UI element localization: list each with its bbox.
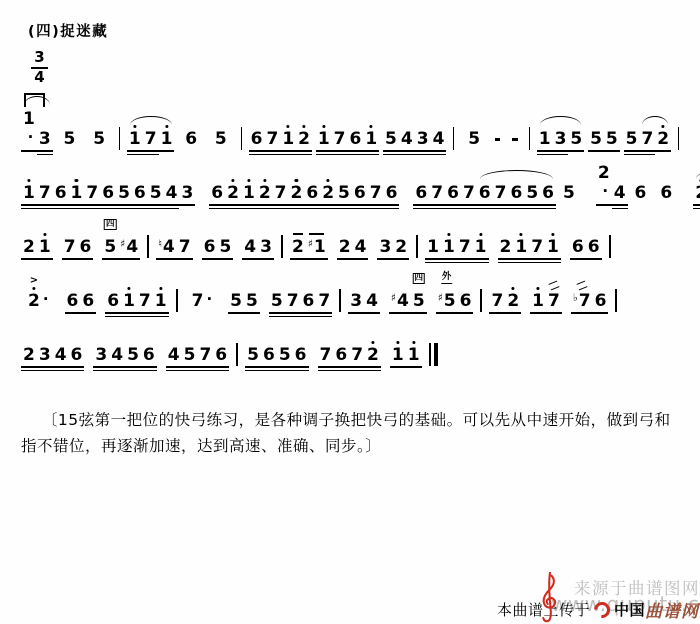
underline-sixteenth (429, 208, 445, 210)
note: 5 (245, 330, 261, 374)
underline-sixteenth (333, 370, 349, 372)
note: 5 (217, 222, 233, 266)
note-digit: 5 (184, 347, 196, 364)
note-digit: 6 (595, 293, 607, 310)
underline-eighth (570, 258, 586, 260)
note: 7 (84, 168, 100, 212)
note-digit: 4 (614, 185, 626, 202)
note-digit: 6 (251, 131, 263, 148)
note: 7 (489, 276, 505, 320)
note-digit: 6 (635, 185, 647, 202)
octave-dot (43, 233, 46, 236)
note: 6 (301, 276, 317, 320)
note: 2 (225, 168, 241, 212)
note: 5 (86, 114, 112, 158)
underline-eighth (105, 312, 121, 314)
note: 2 (393, 222, 409, 266)
underline-sixteenth (100, 208, 116, 210)
underline-eighth (571, 312, 593, 314)
underline-sixteenth (445, 208, 461, 210)
sharp-accidental: ♯ (438, 292, 443, 304)
underline-eighth (349, 366, 365, 368)
note: 6 (653, 168, 679, 212)
note-digit: 2 (395, 239, 407, 256)
note-digit: 4 (244, 239, 256, 256)
note: 7 (429, 168, 445, 212)
note-digit: 1 (23, 111, 35, 128)
note: 2 (365, 330, 381, 374)
underline-eighth (493, 204, 509, 206)
note-digit: ♯4 (391, 293, 409, 310)
underline-sixteenth (148, 208, 164, 210)
note-digit: 1 (475, 239, 487, 256)
underline-eighth (65, 312, 81, 314)
barline (176, 289, 178, 312)
underline-sixteenth (121, 316, 137, 318)
underline-sixteenth (153, 316, 169, 318)
note-digit: 7 (548, 293, 560, 310)
note: 6 (209, 168, 225, 212)
treble-clef-icon (536, 572, 564, 624)
underline-sixteenth (280, 154, 296, 156)
underline-eighth (461, 204, 477, 206)
note: 5 (125, 330, 141, 374)
underline-eighth (100, 204, 116, 206)
underline-eighth (639, 150, 655, 152)
underline-eighth (477, 204, 493, 206)
note-digit: 6 (335, 347, 347, 364)
note: 1 (153, 276, 169, 320)
natural-accidental: ♮ (158, 238, 162, 250)
underline-eighth (37, 366, 53, 368)
underline-sixteenth (301, 316, 317, 318)
note: 1 (441, 222, 457, 266)
underline-sixteenth (249, 154, 265, 156)
underline-eighth (197, 366, 213, 368)
underline-sixteenth (269, 316, 285, 318)
barline (609, 235, 611, 258)
note: 1 (363, 114, 379, 158)
note-digit: 1 (129, 131, 141, 148)
octave-dot (27, 179, 30, 182)
note-digit: 1 (365, 131, 377, 148)
note-digit: 1 (539, 131, 551, 148)
underline-eighth (530, 312, 546, 314)
underline-eighth (546, 312, 562, 314)
underline-eighth (353, 258, 369, 260)
note-digit: 4 (55, 347, 67, 364)
underline-sixteenth (529, 262, 545, 264)
octave-dot (662, 125, 665, 128)
note-digit: 1 (23, 185, 35, 202)
note: 5 (148, 168, 164, 212)
note-digit: 1 (408, 347, 420, 364)
underline-eighth (290, 258, 306, 260)
underline-eighth (489, 312, 505, 314)
underline-sixteenth (457, 262, 473, 264)
note-digit: 5 (215, 131, 227, 148)
note: 2 (21, 222, 37, 266)
note-digit: 7 (86, 185, 98, 202)
barline (119, 127, 120, 150)
note: 7 (62, 222, 78, 266)
underline-sixteenth (69, 208, 85, 210)
note-digit: 6 (134, 185, 146, 202)
underline-sixteenth (425, 262, 441, 264)
augmentation-dot: · (28, 128, 34, 146)
underline-eighth (306, 258, 328, 260)
underline-eighth (37, 258, 53, 260)
note-digit: 6 (460, 293, 472, 310)
underline-eighth (164, 204, 180, 206)
underline-eighth (348, 150, 364, 152)
octave-dot (371, 341, 374, 344)
octave-dot (551, 233, 554, 236)
underline-sixteenth (477, 208, 493, 210)
underline-eighth (393, 258, 409, 260)
note-digit: 5 (93, 131, 105, 148)
octave-dot (263, 179, 266, 182)
octave-dot (447, 233, 450, 236)
underline-eighth (429, 204, 445, 206)
underline-eighth (217, 258, 233, 260)
underline-sixteenth (116, 208, 132, 210)
note-digit: 4 (166, 185, 178, 202)
underline-eighth (304, 204, 320, 206)
note: 2 (498, 222, 514, 266)
note: 1 (37, 222, 53, 266)
underline-eighth (225, 204, 241, 206)
underline-sixteenth (21, 370, 37, 372)
note-digit: 7 (318, 293, 330, 310)
note: 1 (316, 114, 332, 158)
underline-sixteenth (109, 370, 125, 372)
note: 7 (461, 168, 477, 212)
octave-dot (396, 341, 399, 344)
underline-sixteenth (399, 154, 415, 156)
underline-eighth (545, 258, 561, 260)
underline-eighth (383, 150, 399, 152)
note-digit: 6 (82, 293, 94, 310)
octave-dot (327, 179, 330, 182)
underline-sixteenth (320, 208, 336, 210)
note: 7· (185, 275, 220, 320)
underline-eighth (116, 204, 132, 206)
exercise-note: 〔15弦第一把位的快弓练习，是各种调子换把快弓的基础。可以先从中速开始，做到弓和… (21, 407, 674, 460)
underline-sixteenth (225, 208, 241, 210)
footer-credit: 本曲谱上传于 中国 曲谱网 (497, 597, 699, 622)
note-digit: 3 (39, 131, 51, 148)
underline-eighth (524, 204, 540, 206)
underline-sixteenth (37, 154, 53, 156)
underline-sixteenth (363, 154, 379, 156)
note-digit: 1 (243, 185, 255, 202)
underline-eighth (384, 204, 400, 206)
note: 7 (349, 330, 365, 374)
underline-eighth (245, 366, 261, 368)
barline (416, 235, 418, 258)
note: 3 (348, 276, 364, 320)
note-digit: 5四 (413, 293, 425, 310)
underline-sixteenth (241, 208, 257, 210)
note: 2 (320, 168, 336, 212)
underline-eighth (249, 150, 265, 152)
note: 5 (116, 168, 132, 212)
underline-eighth (21, 366, 37, 368)
underline-eighth (37, 150, 53, 152)
underline-eighth (37, 204, 53, 206)
note-digit: ♯4 (120, 239, 138, 256)
underline-eighth (69, 366, 85, 368)
octave-dot (479, 233, 482, 236)
underline-sixteenth (352, 208, 368, 210)
octave-dot (75, 179, 78, 182)
note-digit: 1 (39, 239, 51, 256)
note-digit: ♯1 (308, 239, 326, 256)
note: ♯4 (389, 276, 411, 320)
octave-dot (165, 125, 168, 128)
note: 7 (332, 114, 348, 158)
score-title: (四)捉迷藏 (28, 20, 700, 41)
underline-eighth (612, 204, 628, 206)
note-digit: 7 (641, 131, 653, 148)
note-digit: 3 (350, 293, 362, 310)
note-digit: 1 (282, 131, 294, 148)
underline-sixteenth (264, 154, 280, 156)
note: 3 (258, 222, 274, 266)
underline-sixteenth (553, 154, 569, 156)
note-digit: 6 (215, 347, 227, 364)
underline-sixteenth (441, 262, 457, 264)
underline-eighth (53, 204, 69, 206)
note: 5四 (102, 222, 118, 266)
time-signature-denominator: 4 (31, 70, 48, 86)
note: ♯1 (306, 222, 328, 266)
underline-eighth (241, 204, 257, 206)
octave-dot (520, 233, 523, 236)
note-digit: 7 (431, 185, 443, 202)
note: 7 (37, 168, 53, 212)
underline-eighth (553, 150, 569, 152)
underline-eighth (182, 366, 198, 368)
note: 5 (269, 276, 285, 320)
sharp-accidental: ♯ (120, 238, 125, 250)
underline-sixteenth (368, 208, 384, 210)
underline-eighth (316, 150, 332, 152)
note-digit: 2 (322, 185, 334, 202)
underline-sixteenth (639, 154, 655, 156)
score-lines: 1·35517165671217615434513555572176176565… (21, 112, 686, 374)
octave-dot (370, 125, 373, 128)
underline-sixteenth (125, 370, 141, 372)
underline-eighth (458, 312, 474, 314)
underline-sixteenth (540, 208, 556, 210)
underline-sixteenth (473, 262, 489, 264)
note-digit: 6 (588, 239, 600, 256)
underline-eighth (202, 258, 218, 260)
underline-sixteenth (245, 370, 261, 372)
octave-dot (512, 287, 515, 290)
sheet-music-page: (四)捉迷藏 3 4 1·355171656712176154345135555… (0, 0, 700, 624)
underline-eighth (473, 258, 489, 260)
underline-eighth (273, 204, 289, 206)
note: 6 (628, 168, 654, 212)
underline-sixteenth (413, 208, 429, 210)
note-digit: 6 (102, 185, 114, 202)
note-digit: 6 (350, 131, 362, 148)
note-digit: 4 (401, 131, 413, 148)
underline-sixteenth (143, 154, 159, 156)
underline-eighth (109, 366, 125, 368)
underline-sixteenth (273, 208, 289, 210)
underline-sixteenth (84, 208, 100, 210)
music-line: 21765四♯4♮4765432♯124321171217166 (21, 220, 686, 266)
underline-sixteenth (316, 316, 332, 318)
underline-sixteenth (365, 370, 381, 372)
note: 1 (390, 330, 406, 374)
augmentation-dot: · (206, 290, 212, 308)
note: 7 (546, 276, 562, 320)
note-digit: 5 (563, 185, 575, 202)
note: 4 (612, 168, 628, 212)
note: 6 (105, 276, 121, 320)
note-digit: 3 (39, 347, 51, 364)
note: 1 (21, 168, 37, 212)
note-digit: 2 (291, 185, 303, 202)
note: 5 (182, 330, 198, 374)
barline (241, 127, 242, 150)
underline-eighth (363, 150, 379, 152)
augmentation-dot: · (602, 182, 608, 200)
augmentation-dot: · (43, 290, 49, 308)
note: 5 (383, 114, 399, 158)
note-digit: 6 (542, 185, 554, 202)
final-barline-thin (429, 343, 431, 366)
note: 5 (277, 330, 293, 374)
note: 6 (80, 276, 96, 320)
note-digit: 6 (572, 239, 584, 256)
underline-eighth (624, 150, 640, 152)
underline-eighth (505, 312, 521, 314)
qupu-logo-icon (591, 598, 614, 621)
note: 2 (505, 276, 521, 320)
underline-eighth (277, 366, 293, 368)
note-digit: 1 (155, 293, 167, 310)
note-digit: ♭7 (573, 293, 591, 310)
duration-dash (495, 138, 501, 141)
underline-eighth (568, 150, 584, 152)
underline-eighth (125, 366, 141, 368)
underline-eighth (156, 258, 177, 260)
underline-eighth (318, 366, 334, 368)
note-digit: 7 (459, 239, 471, 256)
overline-mark (293, 233, 303, 235)
note: 1 (425, 222, 441, 266)
underline-eighth (21, 150, 37, 152)
octave-dot (412, 341, 415, 344)
underline-sixteenth (316, 154, 332, 156)
note-digit: 6 (80, 239, 92, 256)
note: 7 (197, 330, 213, 374)
note-digit: 7 (491, 293, 503, 310)
octave-dot (133, 125, 136, 128)
note: 5 (57, 114, 83, 158)
underline-eighth (289, 204, 305, 206)
underline-sixteenth (277, 370, 293, 372)
note: 4 (431, 114, 447, 158)
note: 2 (296, 114, 312, 158)
note: 6 (348, 114, 364, 158)
note-digit: 1 (161, 131, 173, 148)
note-digit: 5四 (104, 239, 116, 256)
underline-eighth (141, 366, 157, 368)
note-digit: ♯5外 (438, 293, 456, 310)
underline-eighth (399, 150, 415, 152)
underline-eighth (498, 258, 514, 260)
note-digit: 3 (181, 185, 193, 202)
note: 6 (586, 222, 602, 266)
note-digit: 6 (510, 185, 522, 202)
note-digit: 2 (695, 185, 700, 202)
note-digit: 5 (230, 293, 242, 310)
underline-eighth (143, 150, 159, 152)
barline (615, 289, 617, 312)
underline-eighth (280, 150, 296, 152)
underline-eighth (537, 150, 553, 152)
brand-name-site: 曲谱网 (645, 597, 699, 622)
note-digit: 7 (463, 185, 475, 202)
underline-sixteenth (383, 154, 399, 156)
note-digit: 2 (657, 131, 669, 148)
underline-eighth (102, 258, 118, 260)
underline-sixteenth (105, 316, 121, 318)
octave-dot (536, 287, 539, 290)
note-digit: 7 (370, 185, 382, 202)
underline-eighth (377, 258, 393, 260)
underline-sixteenth (197, 370, 213, 372)
underline-sixteenth (524, 208, 540, 210)
underline-sixteenth (545, 262, 561, 264)
underline-sixteenth (289, 208, 305, 210)
note: 4 (364, 276, 380, 320)
flat-accidental: ♭ (573, 292, 578, 304)
note-digit: 4 (111, 347, 123, 364)
underline-eighth (337, 258, 353, 260)
underline-eighth (365, 366, 381, 368)
note-digit: 7 (64, 239, 76, 256)
note-digit: 1 (443, 239, 455, 256)
underline-eighth (264, 150, 280, 152)
underline-sixteenth (166, 370, 182, 372)
note-digit: 3 (95, 347, 107, 364)
underline-sixteenth (141, 370, 157, 372)
note-digit: 7 (320, 347, 332, 364)
underline-eighth (296, 150, 312, 152)
underline-eighth (540, 204, 556, 206)
finger-annotation: 四 (104, 219, 117, 231)
note: ♯5外 (436, 276, 458, 320)
note: 7 (273, 168, 289, 212)
underline-sixteenth (213, 370, 229, 372)
underline-eighth (411, 312, 427, 314)
note-digit: 2 (598, 165, 610, 182)
underline-eighth (406, 366, 422, 368)
underline-eighth (457, 258, 473, 260)
note: 6 (304, 168, 320, 212)
underline-eighth (316, 312, 332, 314)
note-digit: 5 (150, 185, 162, 202)
note: 6 (141, 330, 157, 374)
